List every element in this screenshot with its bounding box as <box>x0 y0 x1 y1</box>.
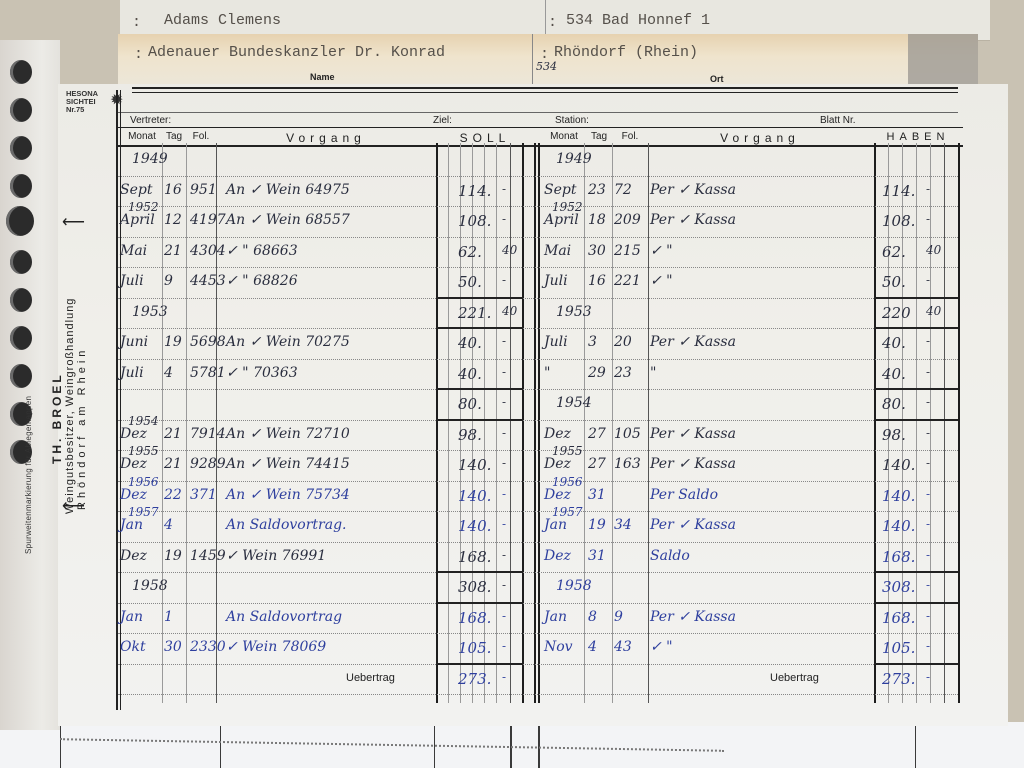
soll-amount: 62. <box>458 243 482 261</box>
entry-day: 19 <box>164 548 182 564</box>
row-rule <box>118 328 958 329</box>
entry-month: Mai <box>544 243 571 259</box>
entry-day: 16 <box>164 182 182 198</box>
entry-description: Per ✓ Kassa <box>650 426 736 442</box>
place-annotation: 534 <box>536 60 557 73</box>
customer-card: : Adenauer Bundeskanzler Dr. Konrad : Rh… <box>118 34 978 84</box>
entry-folio: 5781 <box>190 365 226 381</box>
haben-cents: - <box>926 487 930 501</box>
entry-description: Per ✓ Kassa <box>650 212 736 228</box>
subtotal-rule <box>874 602 958 604</box>
entry-day: 23 <box>588 182 606 198</box>
haben-amount: 168. <box>882 609 915 627</box>
alignment-arrow-icon: ⟵ <box>62 212 85 232</box>
entry-folio: 4304 <box>190 243 226 259</box>
col-tag: Tag <box>162 131 186 142</box>
soll-cents: - <box>502 426 506 440</box>
soll-cents: - <box>502 639 506 653</box>
name-label: Name <box>310 72 335 82</box>
soll-amount: 168. <box>458 609 491 627</box>
entry-folio: 5698 <box>190 334 226 350</box>
entry-day: 12 <box>164 212 182 228</box>
soll-cents: - <box>502 395 506 409</box>
entry-description: Per ✓ Kassa <box>650 517 736 533</box>
customer-name: Adenauer Bundeskanzler Dr. Konrad <box>148 44 445 61</box>
soll-amount: 50. <box>458 273 482 291</box>
card-colon: : <box>132 14 141 31</box>
soll-amount: 168. <box>458 548 491 566</box>
haben-amount: 80. <box>882 395 906 413</box>
subtotal-rule <box>874 327 958 329</box>
soll-amount: 80. <box>458 395 482 413</box>
entry-month: Dez <box>544 548 571 564</box>
entry-folio: 9 <box>614 609 623 625</box>
haben-cents: - <box>926 212 930 226</box>
row-rule <box>118 450 958 451</box>
entry-day: 16 <box>588 273 606 289</box>
haben-cents: - <box>926 548 930 562</box>
entry-month: Dez <box>120 456 147 472</box>
entry-description: An ✓ Wein 74415 <box>226 456 350 472</box>
entry-folio: 7914 <box>190 426 226 442</box>
entry-folio: 43 <box>614 639 632 655</box>
haben-amount: 105. <box>882 639 915 657</box>
entry-year: 1958 <box>556 578 592 594</box>
haben-amount: 50. <box>882 273 906 291</box>
row-rule <box>118 481 958 482</box>
soll-amount: 40. <box>458 365 482 383</box>
underlying-ledger-sheet <box>0 722 1024 768</box>
soll-cents: 40 <box>502 243 517 257</box>
entry-description: ✓ " 68663 <box>226 243 298 259</box>
soll-amount: 273. <box>458 670 491 688</box>
row-rule <box>118 633 958 634</box>
haben-cents: - <box>926 639 930 653</box>
entry-description: ✓ " <box>650 639 673 655</box>
soll-amount: 40. <box>458 334 482 352</box>
entry-month: Dez <box>544 487 571 503</box>
haben-cents: - <box>926 609 930 623</box>
soll-amount: 140. <box>458 456 491 474</box>
entry-description: An ✓ Wein 75734 <box>226 487 350 503</box>
column-rule <box>510 143 511 703</box>
entry-month: Jan <box>544 517 567 533</box>
entry-description: An ✓ Wein 72710 <box>226 426 350 442</box>
entry-month: Dez <box>544 426 571 442</box>
entry-description: ✓ " 68826 <box>226 273 298 289</box>
soll-cents: - <box>502 365 506 379</box>
subtotal-rule <box>436 388 522 390</box>
column-rule <box>584 143 585 703</box>
entry-day: 21 <box>164 243 182 259</box>
entry-day: 4 <box>588 639 597 655</box>
binder-ring <box>10 60 32 84</box>
binder-ring <box>10 98 32 122</box>
soll-amount: 308. <box>458 578 491 596</box>
entry-description: An ✓ Wein 64975 <box>226 182 350 198</box>
soll-cents: - <box>502 273 506 287</box>
entry-description: Saldo <box>650 548 690 564</box>
entry-year: 1949 <box>556 151 592 167</box>
entry-day: 19 <box>588 517 606 533</box>
row-rule <box>118 542 958 543</box>
soll-amount: 108. <box>458 212 491 230</box>
subtotal-rule <box>436 602 522 604</box>
entry-description: An ✓ Wein 68557 <box>226 212 350 228</box>
entry-description: Per ✓ Kassa <box>650 334 736 350</box>
row-rule <box>118 511 958 512</box>
soll-amount: 140. <box>458 517 491 535</box>
ledger-table: 1949Sept16951An ✓ Wein 64975114.-1952Apr… <box>118 143 958 703</box>
column-rule <box>930 143 931 703</box>
entry-year: 1953 <box>556 304 592 320</box>
entry-day: 9 <box>164 273 173 289</box>
entry-day: 21 <box>164 456 182 472</box>
haben-amount: 98. <box>882 426 906 444</box>
subtotal-rule <box>874 663 958 665</box>
col-fol: Fol. <box>186 131 216 142</box>
haben-cents: - <box>926 365 930 379</box>
haben-cents: 40 <box>926 243 941 257</box>
entry-month: April <box>544 212 579 228</box>
place-label: Ort <box>710 74 724 84</box>
entry-folio: 4453 <box>190 273 226 289</box>
soll-cents: - <box>502 182 506 196</box>
soll-amount: 114. <box>458 182 491 200</box>
column-rule <box>538 143 540 703</box>
station-label: Station: <box>555 115 589 126</box>
entry-year: 1949 <box>132 151 168 167</box>
entry-day: 22 <box>164 487 182 503</box>
entry-folio: 4197 <box>190 212 226 228</box>
entry-day: 1 <box>164 609 173 625</box>
soll-cents: - <box>502 517 506 531</box>
entry-month: Jan <box>120 517 143 533</box>
entry-year: 1958 <box>132 578 168 594</box>
entry-folio: 34 <box>614 517 632 533</box>
subtotal-rule <box>874 571 958 573</box>
haben-cents: 40 <box>926 304 941 318</box>
entry-day: 4 <box>164 517 173 533</box>
entry-description: ✓ " 70363 <box>226 365 298 381</box>
haben-amount: 140. <box>882 517 915 535</box>
col-tag-haben: Tag <box>585 131 613 142</box>
entry-month: Juli <box>120 365 144 381</box>
entry-day: 4 <box>164 365 173 381</box>
entry-description: Per ✓ Kassa <box>650 456 736 472</box>
entry-description: ✓ " <box>650 243 673 259</box>
soll-cents: - <box>502 609 506 623</box>
haben-amount: 140. <box>882 487 915 505</box>
row-rule <box>118 176 958 177</box>
form-brand: HESONASICHTEINr.75 <box>66 90 98 114</box>
row-rule <box>118 298 958 299</box>
haben-amount: 168. <box>882 548 915 566</box>
binder-ring <box>6 206 34 236</box>
haben-amount: 220 <box>882 304 911 322</box>
entry-month: Juni <box>120 334 148 350</box>
entry-folio: 221 <box>614 273 641 289</box>
row-rule <box>118 267 958 268</box>
col-haben: HABEN <box>876 131 960 143</box>
entry-day: 29 <box>588 365 606 381</box>
haben-cents: - <box>926 182 930 196</box>
entry-description: ✓ Wein 78069 <box>226 639 326 655</box>
row-rule <box>118 694 958 695</box>
subtotal-rule <box>436 663 522 665</box>
entry-folio: 105 <box>614 426 641 442</box>
entry-day: 19 <box>164 334 182 350</box>
column-rule <box>874 143 876 703</box>
entry-month: Sept <box>544 182 576 198</box>
entry-month: Dez <box>120 487 147 503</box>
entry-year: 1954 <box>556 395 592 411</box>
column-rule <box>436 143 438 703</box>
binder-ring <box>10 136 32 160</box>
entry-day: 30 <box>588 243 606 259</box>
entry-month: Jan <box>544 609 567 625</box>
entry-description: ✓ Wein 76991 <box>226 548 326 564</box>
customer-place: Rhöndorf (Rhein) <box>554 44 698 61</box>
entry-month: Juli <box>544 334 568 350</box>
entry-folio: 20 <box>614 334 632 350</box>
haben-amount: 40. <box>882 365 906 383</box>
col-monat-haben: Monat <box>543 131 585 142</box>
row-rule <box>118 420 958 421</box>
haben-amount: 114. <box>882 182 915 200</box>
haben-cents: - <box>926 273 930 287</box>
top-card-name: Adams Clemens <box>164 12 281 29</box>
entry-description: An Saldovortrag. <box>226 517 347 533</box>
row-rule <box>118 206 958 207</box>
entry-description: " <box>650 365 656 381</box>
uebertrag-label: Uebertrag <box>770 672 819 684</box>
entry-month: " <box>544 365 550 381</box>
entry-folio: 371 <box>190 487 217 503</box>
haben-cents: - <box>926 670 930 684</box>
entry-month: April <box>120 212 155 228</box>
entry-folio: 215 <box>614 243 641 259</box>
column-rule <box>448 143 449 703</box>
row-rule <box>118 237 958 238</box>
subtotal-rule <box>874 388 958 390</box>
col-fol-haben: Fol. <box>613 131 647 142</box>
entry-folio: 163 <box>614 456 641 472</box>
entry-year: 1953 <box>132 304 168 320</box>
entry-month: Dez <box>544 456 571 472</box>
entry-month: Jan <box>120 609 143 625</box>
entry-month: Juli <box>120 273 144 289</box>
haben-amount: 108. <box>882 212 915 230</box>
entry-month: Mai <box>120 243 147 259</box>
entry-month: Okt <box>120 639 146 655</box>
soll-cents: - <box>502 578 506 592</box>
soll-cents: - <box>502 487 506 501</box>
row-rule <box>118 389 958 390</box>
entry-day: 18 <box>588 212 606 228</box>
uebertrag-label: Uebertrag <box>346 672 395 684</box>
column-rule <box>648 143 649 703</box>
entry-folio: 951 <box>190 182 217 198</box>
entry-day: 30 <box>164 639 182 655</box>
entry-day: 27 <box>588 456 606 472</box>
card-colon: : <box>548 14 557 31</box>
haben-cents: - <box>926 517 930 531</box>
column-rule <box>958 143 960 703</box>
entry-day: 31 <box>588 548 606 564</box>
soll-cents: - <box>502 456 506 470</box>
soll-cents: - <box>502 548 506 562</box>
haben-amount: 40. <box>882 334 906 352</box>
column-rule <box>612 143 613 703</box>
entry-description: An ✓ Wein 70275 <box>226 334 350 350</box>
entry-day: 27 <box>588 426 606 442</box>
haben-cents: - <box>926 578 930 592</box>
entry-day: 3 <box>588 334 597 350</box>
subtotal-rule <box>436 297 522 299</box>
soll-amount: 105. <box>458 639 491 657</box>
haben-cents: - <box>926 456 930 470</box>
soll-amount: 98. <box>458 426 482 444</box>
binder-ring <box>10 174 32 198</box>
top-card-place: 534 Bad Honnef 1 <box>566 12 710 29</box>
col-monat: Monat <box>122 131 162 142</box>
entry-month: Sept <box>120 182 152 198</box>
entry-description: Per ✓ Kassa <box>650 609 736 625</box>
entry-description: Per Saldo <box>650 487 718 503</box>
row-rule <box>118 359 958 360</box>
entry-folio: 1459 <box>190 548 226 564</box>
vertreter-label: Vertreter: <box>130 115 171 126</box>
haben-cents: - <box>926 334 930 348</box>
soll-amount: 140. <box>458 487 491 505</box>
haben-amount: 140. <box>882 456 915 474</box>
soll-amount: 221. <box>458 304 491 322</box>
entry-folio: 23 <box>614 365 632 381</box>
entry-folio: 9289 <box>190 456 226 472</box>
haben-amount: 273. <box>882 670 915 688</box>
soll-cents: - <box>502 334 506 348</box>
soll-cents: - <box>502 212 506 226</box>
haben-amount: 62. <box>882 243 906 261</box>
column-rule <box>496 143 497 703</box>
soll-cents: - <box>502 670 506 684</box>
name-colon: : <box>134 46 143 63</box>
haben-cents: - <box>926 395 930 409</box>
subtotal-rule <box>436 327 522 329</box>
column-rule <box>534 143 536 703</box>
entry-month: Juli <box>544 273 568 289</box>
blatt-label: Blatt Nr. <box>820 115 856 126</box>
subtotal-rule <box>874 419 958 421</box>
column-rule <box>186 143 187 703</box>
ziel-label: Ziel: <box>433 115 452 126</box>
winery-imprint: TH. BROEL Weingutsbesitzer, Weingroßhand… <box>50 234 88 554</box>
soll-cents: 40 <box>502 304 517 318</box>
entry-month: Dez <box>120 548 147 564</box>
printer-imprint: Spurweitenmarkierung für Ablegemappen <box>24 234 33 554</box>
row-rule <box>118 664 958 665</box>
entry-day: 21 <box>164 426 182 442</box>
subtotal-rule <box>874 297 958 299</box>
entry-month: Dez <box>120 426 147 442</box>
entry-folio: 72 <box>614 182 632 198</box>
column-rule <box>162 143 163 703</box>
entry-folio: 2330 <box>190 639 226 655</box>
row-rule <box>118 572 958 573</box>
haben-amount: 308. <box>882 578 915 596</box>
subtotal-rule <box>436 419 522 421</box>
entry-day: 31 <box>588 487 606 503</box>
row-rule <box>118 603 958 604</box>
entry-description: Per ✓ Kassa <box>650 182 736 198</box>
haben-cents: - <box>926 426 930 440</box>
entry-description: ✓ " <box>650 273 673 289</box>
column-rule <box>916 143 917 703</box>
entry-description: An Saldovortrag <box>226 609 342 625</box>
entry-day: 8 <box>588 609 597 625</box>
subtotal-rule <box>436 571 522 573</box>
column-rule <box>944 143 945 703</box>
entry-folio: 209 <box>614 212 641 228</box>
entry-month: Nov <box>544 639 573 655</box>
column-rule <box>522 143 524 703</box>
